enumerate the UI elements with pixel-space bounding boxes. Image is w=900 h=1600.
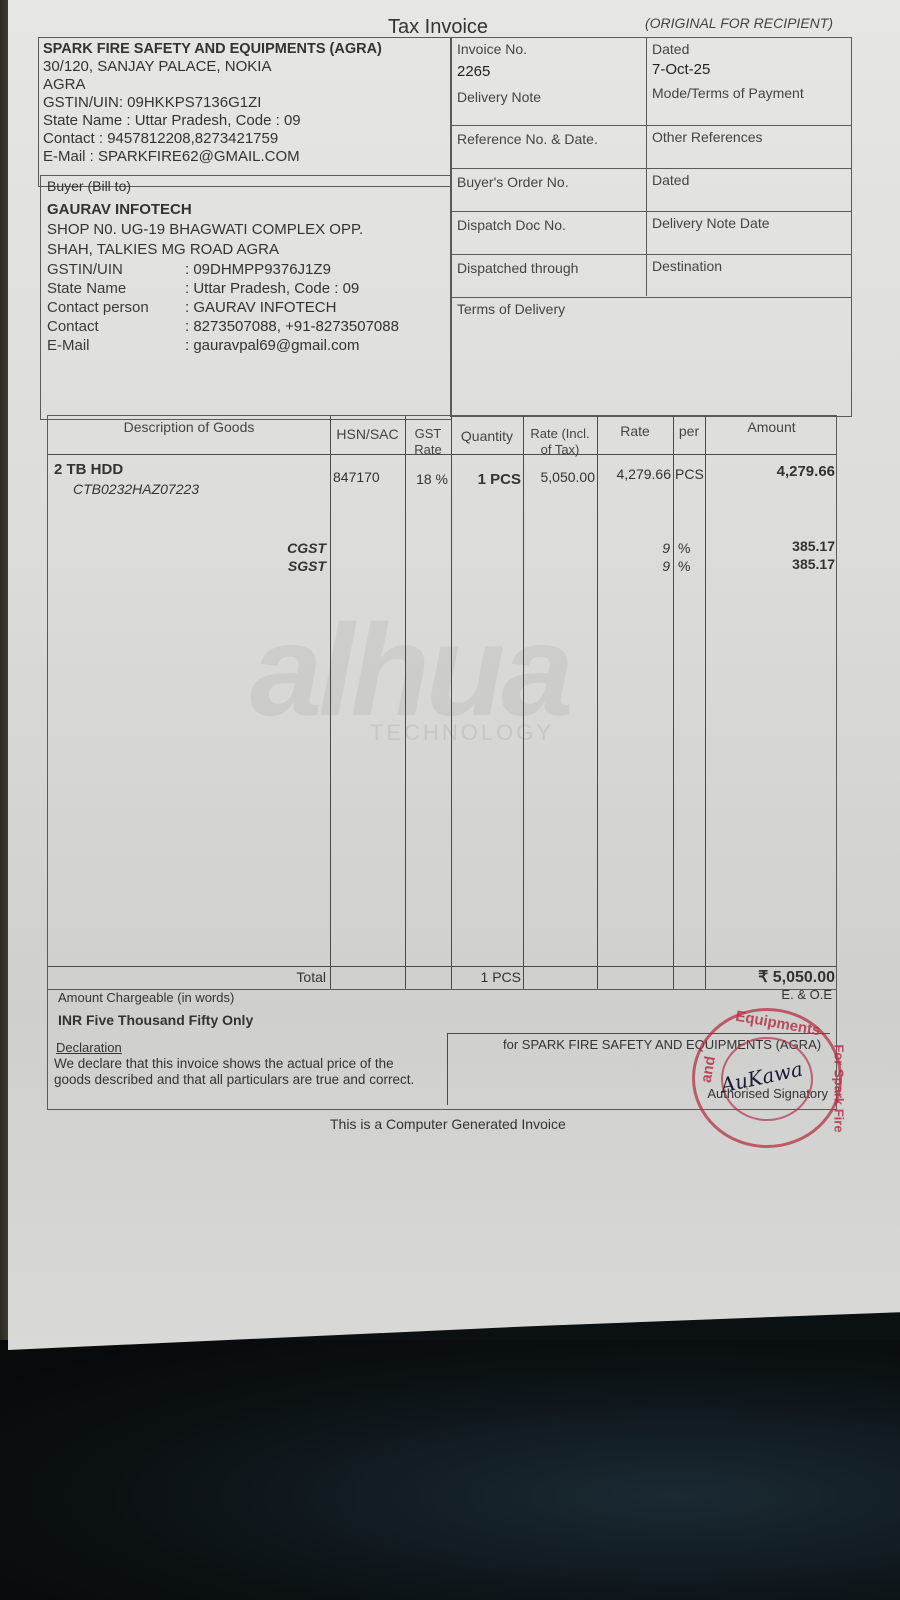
buyers-order-dated-label: Dated (652, 172, 689, 188)
terms-of-delivery-label: Terms of Delivery (457, 301, 565, 317)
tax-amount-cgst: 385.17 (707, 538, 835, 554)
field-value: : 09DHMPP9376J1Z9 (185, 260, 331, 279)
column-divider (597, 416, 598, 989)
declaration-label: Declaration (56, 1040, 122, 1055)
dated-value: 7-Oct-25 (652, 61, 845, 78)
dated-cell: Dated 7-Oct-25 (646, 38, 851, 82)
buyer-field-gstin: GSTIN/UIN : 09DHMPP9376J1Z9 (47, 260, 445, 279)
delivery-note-date-label: Delivery Note Date (652, 215, 770, 231)
payment-terms-label: Mode/Terms of Payment (652, 85, 804, 101)
buyer-header: Buyer (Bill to) (47, 178, 445, 194)
delivery-note-label: Delivery Note (457, 89, 541, 105)
header-description: Description of Goods (48, 419, 330, 435)
seller-name: SPARK FIRE SAFETY AND EQUIPMENTS (AGRA) (43, 40, 447, 58)
seller-email: E-Mail : SPARKFIRE62@GMAIL.COM (43, 148, 447, 166)
tax-unit-sgst: % (678, 558, 690, 574)
header-hsn: HSN/SAC (330, 426, 405, 442)
seller-block: SPARK FIRE SAFETY AND EQUIPMENTS (AGRA) … (38, 37, 452, 187)
field-label: Contact person (47, 298, 185, 317)
tax-amount-sgst: 385.17 (707, 556, 835, 572)
stamp-text-left: and (698, 1055, 719, 1084)
buyer-field-contact-person: Contact person : GAURAV INFOTECH (47, 298, 445, 317)
computer-generated-note: This is a Computer Generated Invoice (330, 1116, 566, 1132)
other-references-label: Other References (652, 129, 763, 145)
item-description: 2 TB HDD (54, 461, 123, 478)
field-label: Contact (47, 317, 185, 336)
buyer-field-email: E-Mail : gauravpal69@gmail.com (47, 336, 445, 355)
stamp-text-right: For Spark Fire (832, 1044, 847, 1132)
amount-words: INR Five Thousand Fifty Only (58, 1012, 253, 1028)
amount-words-label: Amount Chargeable (in words) (58, 990, 234, 1005)
seller-contact: Contact : 9457812208,8273421759 (43, 130, 447, 148)
header-rate: Rate (597, 423, 673, 439)
dispatched-through-cell: Dispatched through (451, 255, 646, 298)
dispatched-through-label: Dispatched through (457, 260, 578, 276)
invoice-no-label: Invoice No. (457, 41, 527, 57)
total-quantity: 1 PCS (453, 969, 521, 985)
header-quantity: Quantity (451, 428, 523, 444)
field-label: E-Mail (47, 336, 185, 355)
document-title: Tax Invoice (388, 16, 488, 39)
item-hsn: 847170 (333, 469, 380, 485)
destination-cell: Destination (646, 255, 851, 298)
seller-gstin: GSTIN/UIN: 09HKKPS7136G1ZI (43, 94, 447, 112)
column-divider (405, 416, 406, 989)
field-value: : Uttar Pradesh, Code : 09 (185, 279, 359, 298)
reference-cell: Reference No. & Date. (451, 126, 646, 169)
buyers-order-label: Buyer's Order No. (457, 174, 569, 190)
dispatch-doc-label: Dispatch Doc No. (457, 217, 566, 233)
field-label: GSTIN/UIN (47, 260, 185, 279)
tax-rate-cgst: 9 (638, 540, 670, 556)
item-amount: 4,279.66 (707, 463, 835, 480)
field-value: : gauravpal69@gmail.com (185, 336, 359, 355)
dispatch-doc-cell: Dispatch Doc No. (451, 212, 646, 255)
column-divider (330, 416, 331, 989)
item-gst-rate: 18 % (408, 471, 448, 487)
total-amount: ₹ 5,050.00 (707, 967, 835, 987)
field-value: : 8273507088, +91-8273507088 (185, 317, 399, 336)
items-table: Description of Goods HSN/SAC GST Rate Qu… (47, 415, 837, 990)
buyer-address-line1: SHOP N0. UG-19 BHAGWATI COMPLEX OPP. (47, 220, 445, 240)
declaration-line1: We declare that this invoice shows the a… (54, 1056, 394, 1071)
item-rate: 4,279.66 (599, 466, 671, 482)
item-serial: CTB0232HAZ07223 (73, 481, 199, 497)
buyers-order-cell: Buyer's Order No. (451, 169, 646, 212)
total-label: Total (228, 969, 326, 985)
field-label: State Name (47, 279, 185, 298)
terms-of-delivery-cell: Terms of Delivery (451, 298, 851, 413)
tax-unit-cgst: % (678, 540, 690, 556)
dated-label: Dated (652, 41, 689, 57)
field-value: : GAURAV INFOTECH (185, 298, 336, 317)
tax-name-cgst: CGST (228, 540, 326, 556)
header-per: per (673, 423, 705, 439)
header-rate-incl: Rate (Incl. of Tax) (525, 426, 595, 458)
header-amount: Amount (705, 419, 838, 435)
delivery-note-date-cell: Delivery Note Date (646, 212, 851, 255)
column-divider (523, 416, 524, 989)
header-gst-rate: GST Rate (407, 426, 449, 458)
eoe-note: E. & O.E (781, 987, 832, 1002)
delivery-note-cell: Delivery Note (451, 82, 646, 126)
buyer-field-state: State Name : Uttar Pradesh, Code : 09 (47, 279, 445, 298)
payment-terms-cell: Mode/Terms of Payment (646, 82, 851, 126)
seller-address-line1: 30/120, SANJAY PALACE, NOKIA (43, 58, 447, 76)
invoice-no-value: 2265 (457, 63, 640, 80)
item-quantity: 1 PCS (453, 471, 521, 488)
item-per: PCS (675, 466, 704, 482)
column-divider (673, 416, 674, 989)
buyers-order-dated-cell: Dated (646, 169, 851, 212)
buyer-name: GAURAV INFOTECH (47, 200, 445, 220)
copy-tag: (ORIGINAL FOR RECIPIENT) (645, 15, 833, 31)
declaration-line2: goods described and that all particulars… (54, 1072, 414, 1087)
buyer-field-contact: Contact : 8273507088, +91-8273507088 (47, 317, 445, 336)
tax-name-sgst: SGST (228, 558, 326, 574)
column-divider (451, 416, 452, 989)
invoice-meta-grid: Invoice No. 2265 Dated 7-Oct-25 Delivery… (450, 37, 852, 417)
buyer-block: Buyer (Bill to) GAURAV INFOTECH SHOP N0.… (40, 175, 452, 420)
background-fabric (0, 1340, 900, 1600)
column-divider (705, 416, 706, 989)
tax-rate-sgst: 9 (638, 558, 670, 574)
other-references-cell: Other References (646, 126, 851, 169)
destination-label: Destination (652, 258, 722, 274)
seller-state: State Name : Uttar Pradesh, Code : 09 (43, 112, 447, 130)
reference-label: Reference No. & Date. (457, 131, 598, 147)
buyer-address-line2: SHAH, TALKIES MG ROAD AGRA (47, 240, 445, 260)
seller-address-line2: AGRA (43, 76, 447, 94)
item-rate-incl: 5,050.00 (525, 469, 595, 485)
